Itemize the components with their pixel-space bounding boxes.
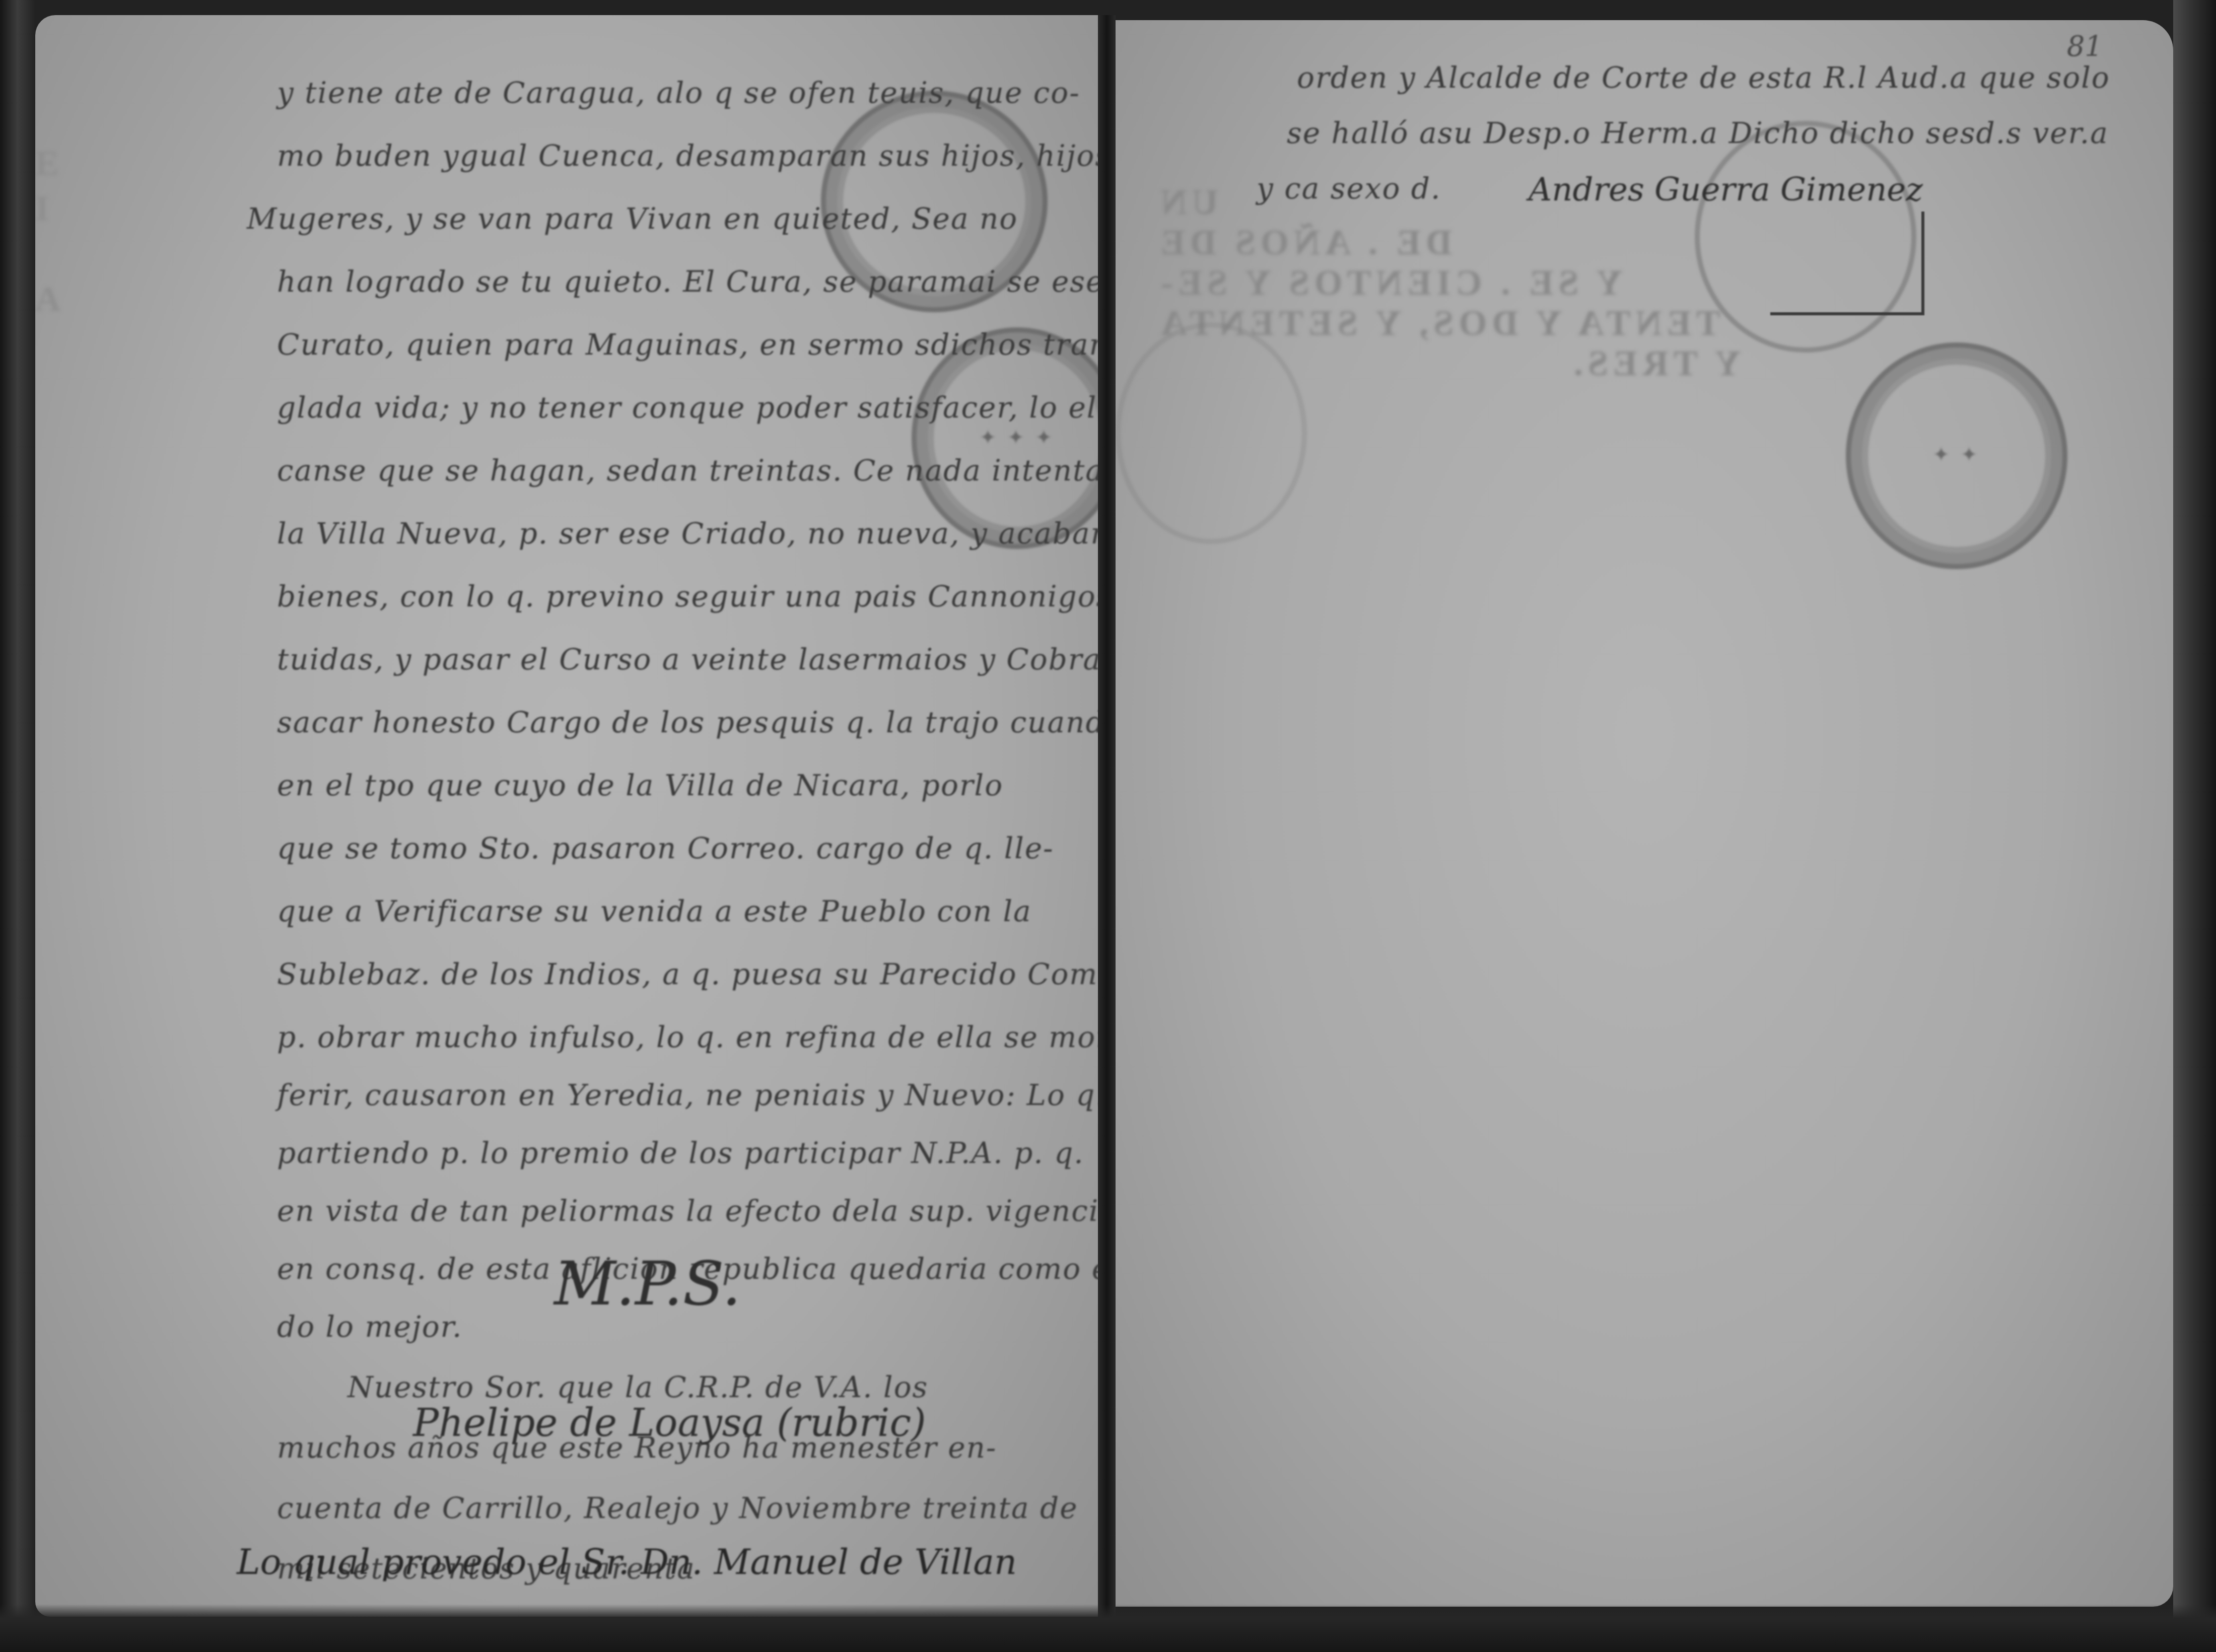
text-line: en vista de tan peliormas la efecto dela… (277, 1194, 1098, 1228)
text-line: ferir, causaron en Yeredia, ne peniais y… (277, 1078, 1098, 1112)
signature-initials: M.P.S. (554, 1249, 741, 1319)
text-line: glada vida; y no tener conque poder sati… (277, 390, 1097, 425)
signature-rubric: Phelipe de Loaysa (rubric) (413, 1400, 926, 1445)
text-line: y ca sexo d. (1257, 171, 1441, 205)
text-line: orden y Alcalde de Corte de esta R.l Aud… (1297, 60, 2110, 95)
text-line: han logrado se tu quieto. El Cura, se pa… (277, 264, 1098, 299)
book-spine (1098, 15, 1116, 1627)
text-line: la Villa Nueva, p. ser ese Criado, no nu… (277, 516, 1098, 550)
signature-rubric-bracket (1770, 212, 1924, 315)
text-line: tuidas, y pasar el Curso a veinte laserm… (277, 642, 1098, 676)
text-line: canse que se hagan, sedan treintas. Ce n… (277, 453, 1098, 488)
binding-left-edge (0, 0, 35, 1652)
text-line: mo buden ygual Cuenca, desamparan sus hi… (277, 139, 1098, 173)
bleed-through-print: Y TRES. (1569, 342, 1741, 384)
manuscript-scan: EIA ✦ ✦ ✦ y tiene ate de Caragua, alo q … (0, 0, 2216, 1652)
folio-number: 81 (2067, 30, 2103, 63)
text-line: partiendo p. lo premio de los participar… (277, 1136, 1084, 1170)
text-line: p. obrar mucho infulso, lo q. en refina … (277, 1020, 1098, 1054)
text-line: Mugeres, y se van para Vivan en quieted,… (247, 201, 1018, 236)
text-line: Curato, quien para Maguinas, en sermo sd… (277, 327, 1098, 362)
bleed-through-print: DE . AÑOS DE (1156, 222, 1452, 263)
seal-ring-text: ✦ ✦ ✦ (917, 426, 1098, 449)
text-line: bienes, con lo q. previno seguir una pai… (277, 579, 1098, 613)
closing-line: Lo qual provedo el Sr. Dn. Manuel de Vil… (237, 1541, 1017, 1582)
seal-ring-text: ✦ ✦ (1851, 443, 2062, 466)
left-page: EIA ✦ ✦ ✦ y tiene ate de Caragua, alo q … (35, 15, 1098, 1617)
bleed-through-print: Y SE . CIENTOS Y SE- (1156, 262, 1623, 304)
bleed-margin-marks: EIA (35, 141, 96, 322)
text-line: se halló asu Desp.o Herm.a Dicho dicho s… (1287, 116, 2109, 150)
faint-seal-left-right-page (1116, 322, 1307, 544)
text-line: sacar honesto Cargo de los pesquis q. la… (277, 705, 1098, 739)
right-page: 81 UN DE . AÑOS DE Y SE . CIENTOS Y SE- … (1116, 20, 2173, 1607)
stamp-seal-lower-right-page: ✦ ✦ (1846, 342, 2067, 569)
text-line: que se tomo Sto. pasaron Correo. cargo d… (277, 831, 1054, 865)
text-line: en el tpo que cuyo de la Villa de Nicara… (277, 768, 1003, 802)
bleed-through-print: UN (1156, 181, 1218, 223)
text-line: y tiene ate de Caragua, alo q se ofen te… (277, 76, 1080, 110)
text-line: Nuestro Sor. que la C.R.P. de V.A. los (348, 1370, 928, 1404)
signature-notary: Andres Guerra Gimenez (1529, 171, 1923, 209)
text-line: cuenta de Carrillo, Realejo y Noviembre … (277, 1491, 1078, 1525)
text-line: que a Verificarse su venida a este Puebl… (277, 894, 1032, 928)
text-line: do lo mejor. (277, 1310, 462, 1344)
text-line: Sublebaz. de los Indios, a q. puesa su P… (277, 957, 1098, 991)
binding-right-edge (2173, 0, 2216, 1652)
scan-bottom-shadow (0, 1604, 2216, 1652)
